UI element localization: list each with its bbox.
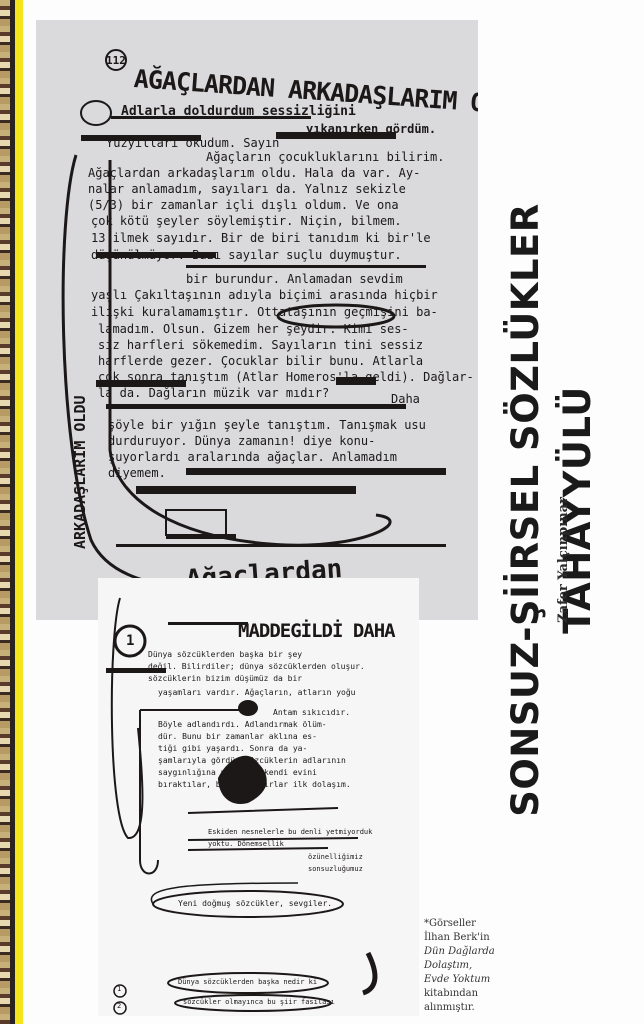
manuscript-line: (5/3) bir zamanlar içli dışlı oldum. Ve …: [88, 198, 399, 212]
manuscript-line: harflerde gezer. Çocuklar bilir bunu. At…: [98, 354, 423, 368]
manuscript-line: dür. Bunu bir zamanlar aklına es-: [158, 732, 317, 741]
article-author-text: Zafer Yalçınpınar: [555, 440, 573, 680]
manuscript-line: Antam sıkıcıdır.: [273, 708, 350, 717]
caption-line: İlhan Berk'in: [424, 931, 534, 945]
manuscript-line: çok sonra tanıştım (Atlar Homeros'la gel…: [98, 370, 474, 384]
manuscript-line: Ağaçların çocukluklarını bilirim.: [206, 150, 444, 164]
manuscript-line: şuyorlardı aralarında ağaçlar. Anlamadım: [108, 450, 397, 464]
manuscript-line: Dünya sözcüklerden başka nedir ki: [178, 978, 317, 986]
manuscript-line: değil. Bilirdiler; dünya sözcüklerden ol…: [148, 662, 365, 671]
manuscript-image-top: 112 AĞAÇLARDAN ARKADAŞLARIM OLDU Adlarla…: [36, 20, 478, 620]
manuscript-line: durduruyor. Dünya zamanın! diye konu-: [108, 434, 375, 448]
manuscript-line: şamlarıyla gördü (sözcüklerin adlarının: [158, 756, 346, 765]
manuscript-line: lamadım. Olsun. Gizem her şeydir. Kimi s…: [98, 322, 409, 336]
manuscript-line: yaşamları vardır. Ağaçların, atların yoğ…: [158, 688, 355, 697]
manuscript-image-bottom: 1 MADDEGİLDİ DAHA Dünya sözcüklerden baş…: [98, 578, 419, 1016]
article-author: Zafer Yalçınpınar: [555, 440, 575, 680]
caption-book-title: Evde Yoktum: [424, 973, 534, 987]
manuscript-page-number: 112: [106, 54, 126, 67]
manuscript-line: sonsuzluğumuz: [308, 865, 363, 873]
manuscript-page-number: 1: [126, 633, 134, 649]
manuscript-ink-strokes: [98, 578, 419, 1016]
manuscript-line: sözcükler olmayınca bu şiir fasılası: [183, 998, 335, 1006]
manuscript-line: Böyle adlandırdı. Adlandırmak ölüm-: [158, 720, 327, 729]
manuscript-line: saygınlığına uyarlar) kendi evini: [158, 768, 317, 777]
manuscript-line: Dünya sözcüklerden başka bir şey: [148, 650, 302, 659]
caption-line: alınmıştır.: [424, 1001, 534, 1015]
manuscript-line: diyemem.: [108, 466, 166, 480]
manuscript-line: nalar anlamadım, sayıları da. Yalnız sek…: [88, 182, 406, 196]
manuscript-line: Eskiden nesnelerle bu denli yetmiyorduk: [208, 828, 372, 836]
manuscript-line: bir burundur. Anlamadan sevdim: [186, 272, 403, 286]
manuscript-line: Ağaçlardan arkadaşlarım oldu. Hala da va…: [88, 166, 420, 180]
manuscript-line: yıkanırken gördüm.: [306, 122, 436, 136]
manuscript-line: yaşlı Çakıltaşının adıyla biçimi arasınd…: [91, 288, 438, 302]
manuscript-heading: MADDEGİLDİ DAHA: [238, 620, 395, 642]
manuscript-line: çok kötü şeyler söylemiştir. Niçin, bilm…: [91, 214, 402, 228]
article-title: SONSUZ-ŞİİRSEL SÖZLÜKLER TAHAYYÜLÜ: [500, 110, 560, 910]
manuscript-line: Daha: [391, 392, 420, 406]
manuscript-line: siz harfleri sökemedim. Sayıların tini s…: [98, 338, 423, 352]
manuscript-line: ilişki kuralamamıştır. Ottataşının geçmi…: [91, 305, 438, 319]
manuscript-line: düşünülmüyor. Bazı sayılar suçlu duymuşt…: [91, 248, 402, 262]
manuscript-line: Adlarla doldurdum sessizliğini: [121, 104, 356, 119]
image-caption: *Görseller İlhan Berk'in Dün Dağlarda Do…: [424, 917, 534, 1015]
manuscript-line: la da. Dağların müzik var mıdır?: [98, 386, 329, 400]
caption-line: *Görseller: [424, 917, 534, 931]
spine-yellow-rule: [15, 0, 23, 1024]
caption-book-title: Dün Dağlarda: [424, 945, 534, 959]
manuscript-line: yoktu. Dönemsellik: [208, 840, 284, 848]
manuscript-line: bıraktılar, bize karışırlar ilk dolaşım.: [158, 780, 351, 789]
manuscript-line: şöyle bir yığın şeyle tanıştım. Tanışmak…: [108, 418, 426, 432]
adjacent-page-photo-strip: [0, 0, 10, 1024]
manuscript-line: 13 ilmek sayıdır. Bir de biri tanıdım ki…: [91, 231, 431, 245]
manuscript-margin-note: ARKADAŞLARIM OLDU: [71, 395, 89, 549]
manuscript-line: sözcüklerin bizim düşümüz da bir: [148, 674, 302, 683]
manuscript-line: tiği gibi yaşardı. Sonra da ya-: [158, 744, 307, 753]
list-mark: 2: [117, 1002, 121, 1010]
article-title-text: SONSUZ-ŞİİRSEL SÖZLÜKLER TAHAYYÜLÜ: [500, 110, 604, 910]
manuscript-line: Yüzyılları okudum. Sayın: [106, 136, 279, 150]
manuscript-line: özünelliğimiz: [308, 853, 363, 861]
caption-book-title: Dolaştım,: [424, 959, 534, 973]
magazine-spine: [0, 0, 22, 1024]
list-mark: 1: [117, 985, 121, 993]
manuscript-line: Yeni doğmuş sözcükler, sevgiler.: [178, 899, 332, 908]
caption-line: kitabından: [424, 987, 534, 1001]
